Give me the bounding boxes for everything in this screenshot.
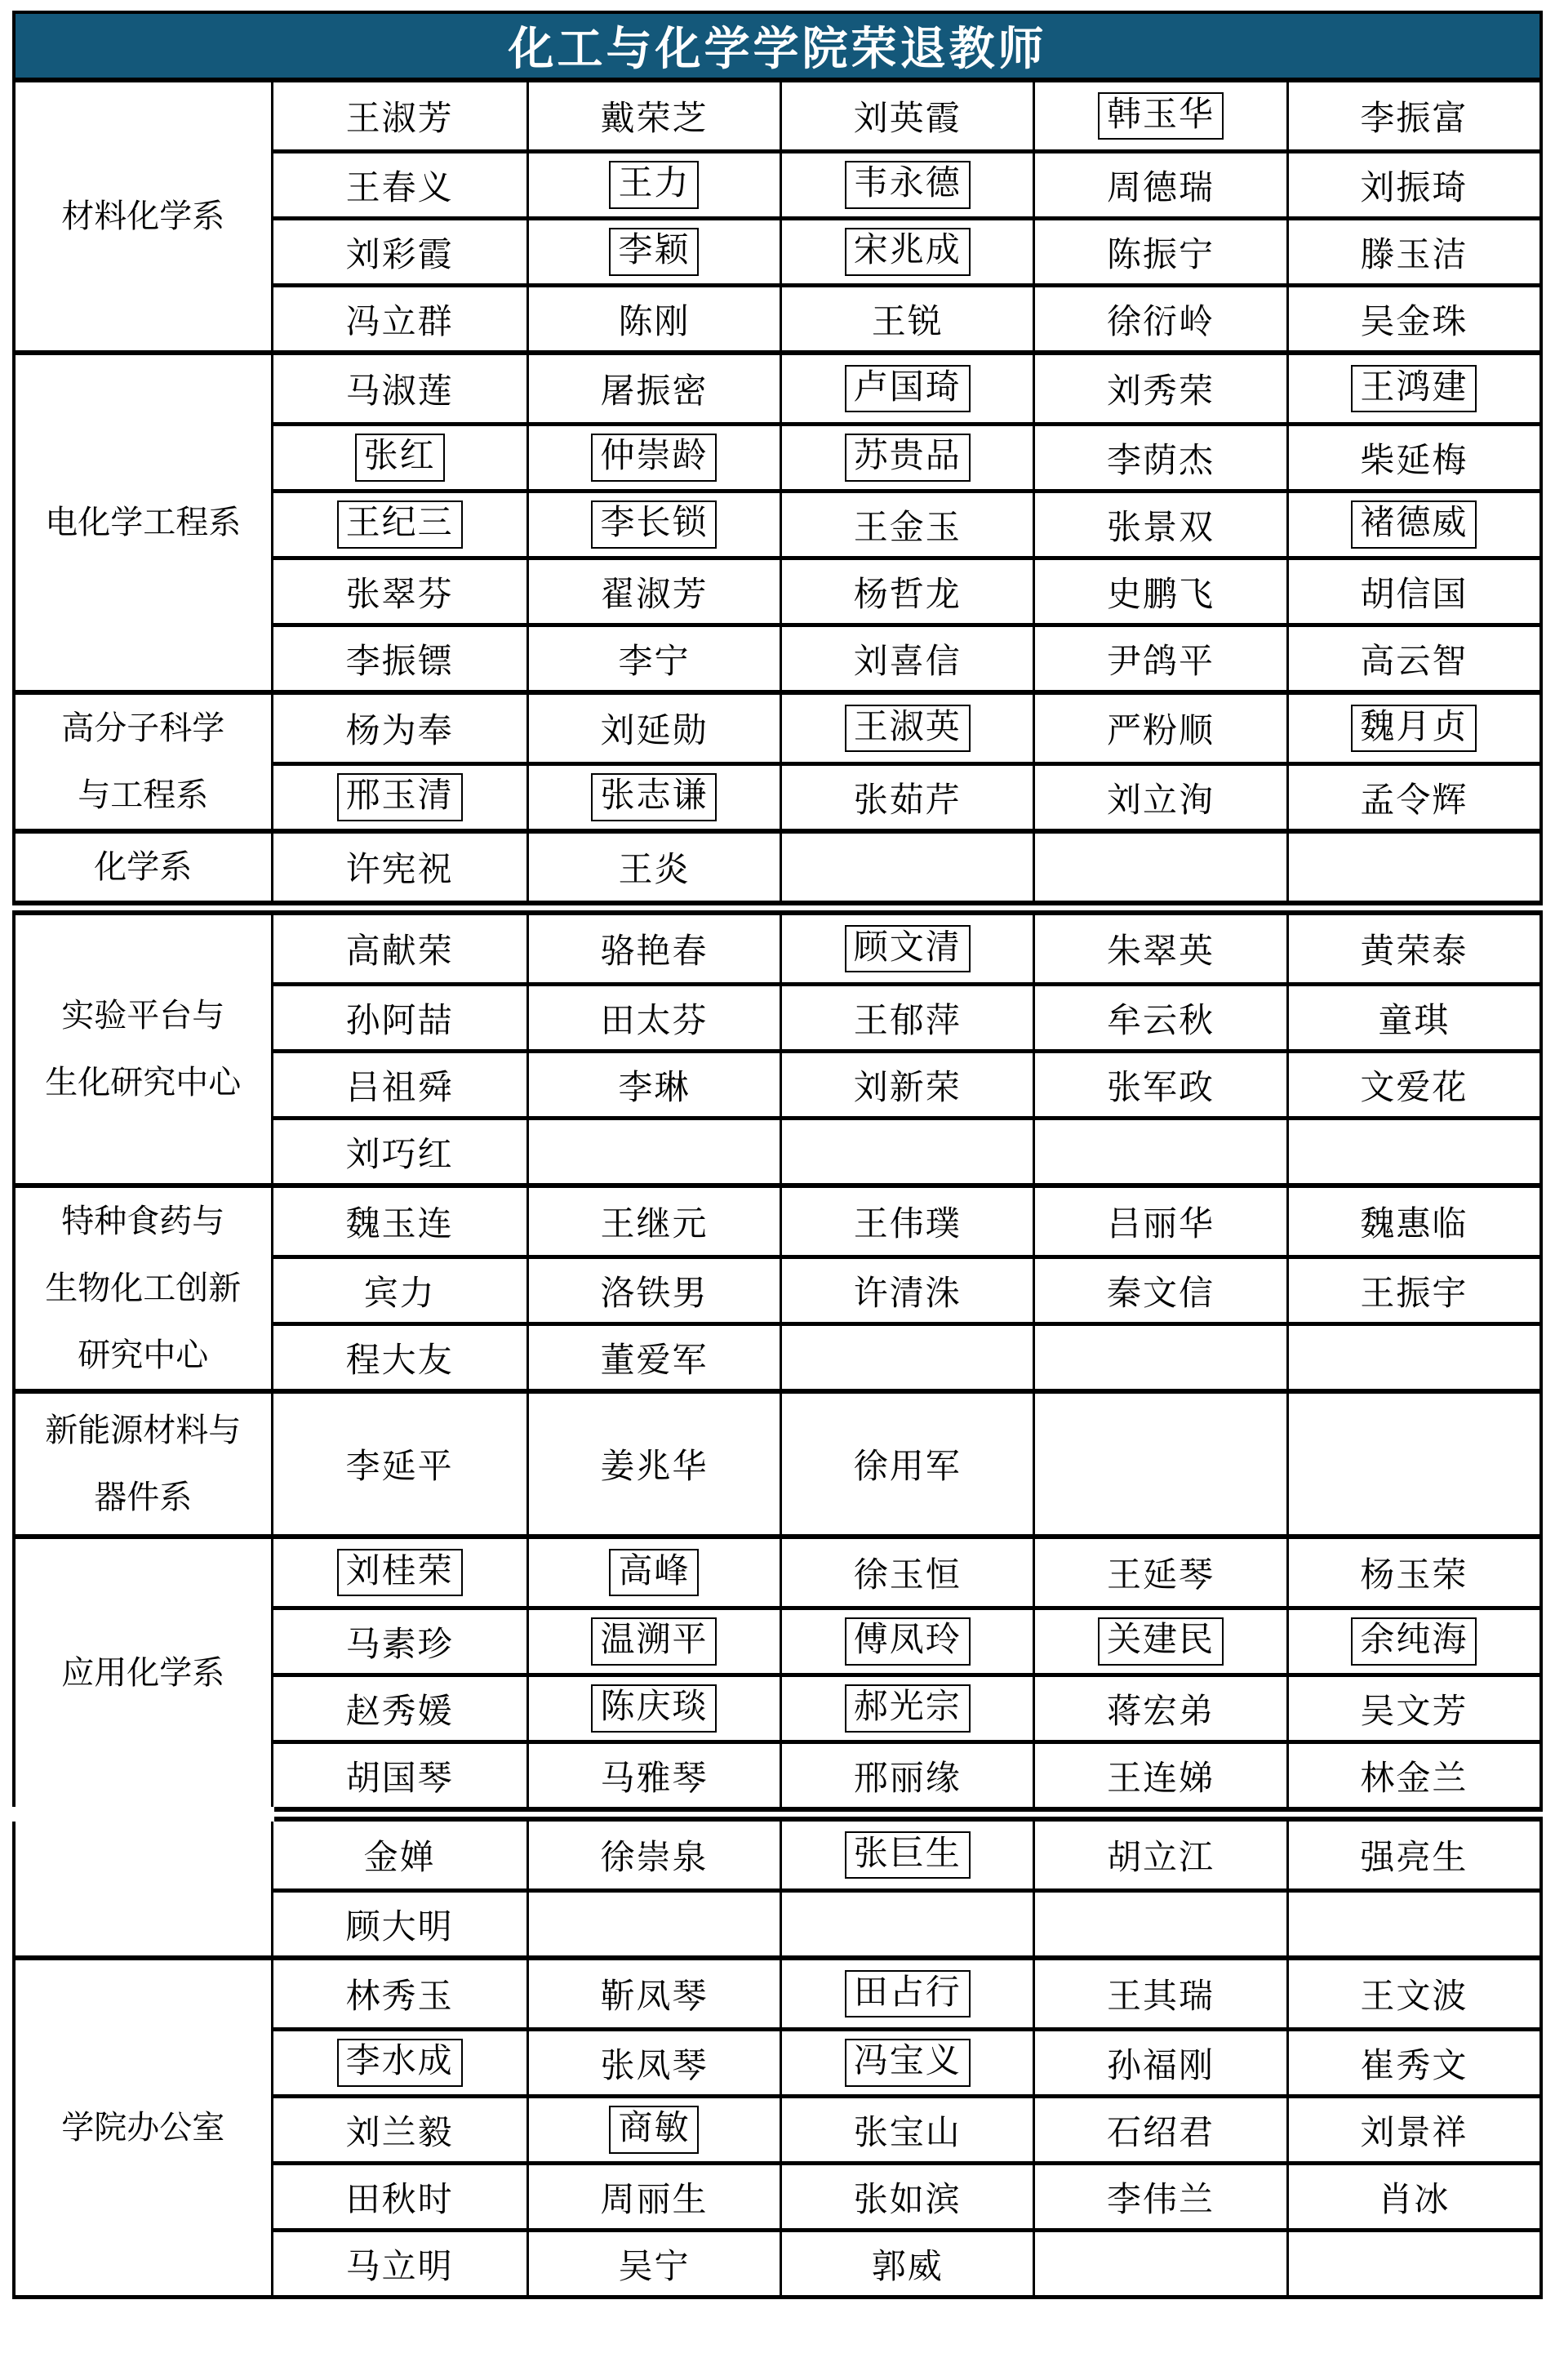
department-label: 高分子科学 与工程系 bbox=[61, 695, 224, 829]
teacher-name: 滕玉洁 bbox=[1360, 228, 1468, 277]
group-divider bbox=[12, 901, 1543, 915]
department-label: 实验平台与 生化研究中心 bbox=[45, 982, 241, 1116]
teacher-cell: 郭威 bbox=[780, 2228, 1033, 2295]
teacher-cell: 马淑莲 bbox=[273, 355, 526, 422]
teacher-name: 孙福刚 bbox=[1107, 2039, 1215, 2088]
teacher-cell: 强亮生 bbox=[1286, 1822, 1539, 1888]
teacher-cell: 杨玉荣 bbox=[1286, 1539, 1539, 1606]
teacher-cell bbox=[1286, 1116, 1539, 1183]
teacher-name: 杨为奉 bbox=[346, 704, 454, 753]
teacher-name: 王春义 bbox=[346, 161, 454, 210]
teacher-name: 翟淑芳 bbox=[600, 567, 708, 616]
teacher-name: 王郁萍 bbox=[854, 994, 962, 1043]
teacher-name: 张翠芬 bbox=[346, 567, 454, 616]
teacher-name: 胡立江 bbox=[1107, 1831, 1215, 1880]
teacher-name: 王炎 bbox=[618, 843, 690, 892]
teacher-name: 顾大明 bbox=[346, 1900, 454, 1949]
teacher-name: 刘新荣 bbox=[854, 1061, 962, 1110]
teacher-cell bbox=[780, 1888, 1033, 1955]
department-label-cell bbox=[16, 1822, 273, 1955]
teacher-name: 文爱花 bbox=[1360, 1061, 1468, 1110]
teacher-name: 王延琴 bbox=[1107, 1548, 1215, 1597]
teacher-cell: 孙阿喆 bbox=[273, 982, 526, 1049]
teacher-name: 李振富 bbox=[1360, 91, 1468, 140]
teacher-name: 陈振宁 bbox=[1107, 228, 1215, 277]
teacher-name: 田秋时 bbox=[346, 2173, 454, 2222]
teacher-cell: 李琳 bbox=[526, 1049, 780, 1116]
teacher-cell: 李振镖 bbox=[273, 623, 526, 690]
teacher-cell bbox=[1286, 1888, 1539, 1955]
teacher-name: 马立明 bbox=[346, 2240, 454, 2289]
teacher-cell: 许宪祝 bbox=[273, 834, 526, 901]
teacher-cell: 王郁萍 bbox=[780, 982, 1033, 1049]
divider-spacer bbox=[12, 1807, 274, 1822]
department-section: 应用化学系刘桂荣高峰徐玉恒王延琴杨玉荣马素珍温溯平傅凤玲关建民余纯海赵秀媛陈庆琰… bbox=[16, 1534, 1539, 1807]
teacher-cell: 高云智 bbox=[1286, 623, 1539, 690]
teacher-cell: 胡信国 bbox=[1286, 556, 1539, 623]
teacher-cell: 蒋宏弟 bbox=[1033, 1673, 1286, 1740]
teacher-cell: 李长锁 bbox=[526, 489, 780, 556]
teacher-cell: 杨哲龙 bbox=[780, 556, 1033, 623]
teacher-cell: 屠振密 bbox=[526, 355, 780, 422]
teacher-name: 王振宇 bbox=[1360, 1266, 1468, 1315]
teacher-name-framed: 李水成 bbox=[337, 2039, 463, 2086]
department-label-cell: 特种食药与 生物化工创新 研究中心 bbox=[16, 1188, 273, 1389]
department-label: 应用化学系 bbox=[61, 1639, 224, 1706]
teacher-name: 王伟璞 bbox=[854, 1197, 962, 1246]
teacher-cell: 吴宁 bbox=[526, 2228, 780, 2295]
teacher-name: 徐玉恒 bbox=[854, 1548, 962, 1597]
teacher-cell bbox=[1286, 1394, 1539, 1534]
teacher-name: 黄荣泰 bbox=[1360, 924, 1468, 973]
teacher-cell: 刘秀荣 bbox=[1033, 355, 1286, 422]
teacher-name-framed: 魏月贞 bbox=[1351, 705, 1477, 752]
teacher-name: 刘巧红 bbox=[346, 1128, 454, 1177]
teacher-name: 金婵 bbox=[364, 1831, 436, 1880]
teacher-cell: 许清洙 bbox=[780, 1255, 1033, 1322]
teacher-name-framed: 陈庆琰 bbox=[591, 1684, 717, 1732]
teacher-name: 吕丽华 bbox=[1107, 1197, 1215, 1246]
teacher-name: 刘振琦 bbox=[1360, 161, 1468, 210]
department-label-cell: 应用化学系 bbox=[16, 1539, 273, 1807]
teacher-cell bbox=[526, 1888, 780, 1955]
teacher-cell: 靳凤琴 bbox=[526, 1960, 780, 2027]
teacher-name: 徐用军 bbox=[854, 1439, 962, 1488]
teacher-cell: 宾力 bbox=[273, 1255, 526, 1322]
teacher-cell bbox=[1033, 1116, 1286, 1183]
teacher-name: 童琪 bbox=[1378, 994, 1450, 1043]
teacher-cell: 刘巧红 bbox=[273, 1116, 526, 1183]
teacher-cell: 肖冰 bbox=[1286, 2161, 1539, 2228]
teacher-cell: 严粉顺 bbox=[1033, 695, 1286, 762]
teacher-cell: 董爱军 bbox=[526, 1322, 780, 1389]
teacher-cell: 张景双 bbox=[1033, 489, 1286, 556]
teacher-name: 林秀玉 bbox=[346, 1969, 454, 2018]
teacher-name: 李宁 bbox=[618, 634, 690, 683]
teacher-cell: 王继元 bbox=[526, 1188, 780, 1255]
teacher-name: 马淑莲 bbox=[346, 364, 454, 413]
teacher-name: 张军政 bbox=[1107, 1061, 1215, 1110]
teacher-cell: 张志谦 bbox=[526, 762, 780, 829]
teacher-name: 孙阿喆 bbox=[346, 994, 454, 1043]
teacher-name: 石绍君 bbox=[1107, 2106, 1215, 2155]
teacher-cell: 王伟璞 bbox=[780, 1188, 1033, 1255]
teacher-cell: 田太芬 bbox=[526, 982, 780, 1049]
teacher-cell bbox=[1033, 1888, 1286, 1955]
teacher-cell: 张茹芹 bbox=[780, 762, 1033, 829]
teacher-name: 王淑芳 bbox=[346, 91, 454, 140]
teacher-cell: 王鸿建 bbox=[1286, 355, 1539, 422]
table-group: 材料化学系王淑芳戴荣芝刘英霞韩玉华李振富王春义王力韦永德周德瑞刘振琦刘彩霞李颖宋… bbox=[12, 82, 1543, 901]
teacher-name: 柴延梅 bbox=[1360, 434, 1468, 483]
teacher-name: 吴金珠 bbox=[1360, 295, 1468, 344]
teacher-cell: 王春义 bbox=[273, 149, 526, 216]
teacher-cell: 魏玉连 bbox=[273, 1188, 526, 1255]
teacher-cell: 李水成 bbox=[273, 2027, 526, 2094]
teacher-cell: 王连娣 bbox=[1033, 1740, 1286, 1807]
teacher-name: 徐衍岭 bbox=[1107, 295, 1215, 344]
teacher-cell: 徐崇泉 bbox=[526, 1822, 780, 1888]
teacher-cell: 刘振琦 bbox=[1286, 149, 1539, 216]
teacher-cell: 高献荣 bbox=[273, 915, 526, 982]
teacher-name: 林金兰 bbox=[1360, 1751, 1468, 1800]
teacher-cell: 洛铁男 bbox=[526, 1255, 780, 1322]
teacher-name: 屠振密 bbox=[600, 364, 708, 413]
teacher-cell bbox=[1286, 2228, 1539, 2295]
department-label: 特种食药与 生物化工创新 研究中心 bbox=[45, 1188, 241, 1389]
teacher-cell: 刘英霞 bbox=[780, 82, 1033, 149]
teacher-cell: 王力 bbox=[526, 149, 780, 216]
teacher-cell: 张军政 bbox=[1033, 1049, 1286, 1116]
department-section: 实验平台与 生化研究中心高献荣骆艳春顾文清朱翠英黄荣泰孙阿喆田太芬王郁萍牟云秋童… bbox=[16, 915, 1539, 1183]
teacher-cell bbox=[1033, 1394, 1286, 1534]
department-section: 电化学工程系马淑莲屠振密卢国琦刘秀荣王鸿建张红仲崇龄苏贵品李荫杰柴延梅王纪三李长… bbox=[16, 350, 1539, 690]
department-section: 化学系许宪祝王炎 bbox=[16, 829, 1539, 901]
teacher-name: 马雅琴 bbox=[600, 1751, 708, 1800]
teacher-cell: 吴金珠 bbox=[1286, 283, 1539, 350]
teacher-name: 刘兰毅 bbox=[346, 2106, 454, 2155]
teacher-name: 周丽生 bbox=[600, 2173, 708, 2222]
teacher-cell: 冯立群 bbox=[273, 283, 526, 350]
teacher-cell: 秦文信 bbox=[1033, 1255, 1286, 1322]
teacher-cell: 张翠芬 bbox=[273, 556, 526, 623]
teacher-name: 王锐 bbox=[872, 295, 944, 344]
teacher-cell: 李宁 bbox=[526, 623, 780, 690]
teacher-name-framed: 刘桂荣 bbox=[337, 1549, 463, 1596]
teacher-name-framed: 宋兆成 bbox=[845, 228, 971, 275]
department-label-cell: 材料化学系 bbox=[16, 82, 273, 350]
teacher-cell: 傅凤玲 bbox=[780, 1606, 1033, 1673]
teacher-name: 戴荣芝 bbox=[600, 91, 708, 140]
teacher-cell: 尹鸽平 bbox=[1033, 623, 1286, 690]
teacher-name: 李振镖 bbox=[346, 634, 454, 683]
teacher-name: 蒋宏弟 bbox=[1107, 1684, 1215, 1733]
department-section: 金婵徐崇泉张巨生胡立江强亮生顾大明 bbox=[16, 1822, 1539, 1955]
teacher-cell: 陈庆琰 bbox=[526, 1673, 780, 1740]
teacher-cell: 周丽生 bbox=[526, 2161, 780, 2228]
teacher-name-framed: 王鸿建 bbox=[1351, 365, 1477, 412]
teacher-cell: 金婵 bbox=[273, 1822, 526, 1888]
teacher-cell: 宋兆成 bbox=[780, 216, 1033, 283]
teacher-cell: 徐衍岭 bbox=[1033, 283, 1286, 350]
teacher-cell bbox=[1286, 1322, 1539, 1389]
teacher-name: 王连娣 bbox=[1107, 1751, 1215, 1800]
teacher-cell: 柴延梅 bbox=[1286, 422, 1539, 489]
teacher-name-framed: 张志谦 bbox=[591, 773, 717, 821]
department-label: 化学系 bbox=[94, 834, 192, 901]
teacher-cell bbox=[526, 1116, 780, 1183]
teacher-name-framed: 傅凤玲 bbox=[845, 1617, 971, 1665]
teacher-name: 张凤琴 bbox=[600, 2039, 708, 2088]
teacher-name: 崔秀文 bbox=[1360, 2039, 1468, 2088]
teacher-name-framed: 王纪三 bbox=[337, 500, 463, 548]
teacher-name-framed: 邢玉清 bbox=[337, 773, 463, 821]
teacher-name: 秦文信 bbox=[1107, 1266, 1215, 1315]
teacher-cell: 陈振宁 bbox=[1033, 216, 1286, 283]
teacher-cell: 赵秀媛 bbox=[273, 1673, 526, 1740]
teacher-cell: 石绍君 bbox=[1033, 2094, 1286, 2161]
teacher-name: 史鹏飞 bbox=[1107, 567, 1215, 616]
teacher-cell: 王淑英 bbox=[780, 695, 1033, 762]
teacher-name: 牟云秋 bbox=[1107, 994, 1215, 1043]
teacher-name: 张宝山 bbox=[854, 2106, 962, 2155]
teacher-cell bbox=[1286, 834, 1539, 901]
teacher-name: 胡信国 bbox=[1360, 567, 1468, 616]
teacher-name: 刘喜信 bbox=[854, 634, 962, 683]
teacher-cell: 魏惠临 bbox=[1286, 1188, 1539, 1255]
teacher-cell: 高峰 bbox=[526, 1539, 780, 1606]
teacher-cell bbox=[1033, 834, 1286, 901]
teacher-cell: 孟令辉 bbox=[1286, 762, 1539, 829]
teacher-cell: 王振宇 bbox=[1286, 1255, 1539, 1322]
teacher-cell: 李颖 bbox=[526, 216, 780, 283]
teacher-name: 王文波 bbox=[1360, 1969, 1468, 2018]
teacher-name: 胡国琴 bbox=[346, 1751, 454, 1800]
teacher-name: 靳凤琴 bbox=[600, 1969, 708, 2018]
teacher-name: 王其瑞 bbox=[1107, 1969, 1215, 2018]
teacher-name: 吴宁 bbox=[618, 2240, 690, 2289]
teacher-cell: 邢玉清 bbox=[273, 762, 526, 829]
teacher-name: 董爱军 bbox=[600, 1333, 708, 1382]
teacher-name: 许宪祝 bbox=[346, 843, 454, 892]
teacher-name-framed: 顾文清 bbox=[845, 925, 971, 972]
teacher-cell: 魏月贞 bbox=[1286, 695, 1539, 762]
table-group: 金婵徐崇泉张巨生胡立江强亮生顾大明学院办公室林秀玉靳凤琴田占行王其瑞王文波李水成… bbox=[12, 1822, 1543, 2299]
teacher-cell: 孙福刚 bbox=[1033, 2027, 1286, 2094]
teacher-cell: 仲崇龄 bbox=[526, 422, 780, 489]
teacher-name-framed: 苏贵品 bbox=[845, 434, 971, 481]
teacher-cell: 吴文芳 bbox=[1286, 1673, 1539, 1740]
teacher-name-framed: 高峰 bbox=[609, 1549, 699, 1596]
teacher-cell: 李荫杰 bbox=[1033, 422, 1286, 489]
teacher-cell: 王炎 bbox=[526, 834, 780, 901]
teacher-cell: 商敏 bbox=[526, 2094, 780, 2161]
teacher-name: 高云智 bbox=[1360, 634, 1468, 683]
teacher-cell: 史鹏飞 bbox=[1033, 556, 1286, 623]
teacher-name: 邢丽缘 bbox=[854, 1751, 962, 1800]
teacher-name: 李荫杰 bbox=[1107, 434, 1215, 483]
teacher-cell: 王淑芳 bbox=[273, 82, 526, 149]
teacher-name: 许清洙 bbox=[854, 1266, 962, 1315]
table-group: 实验平台与 生化研究中心高献荣骆艳春顾文清朱翠英黄荣泰孙阿喆田太芬王郁萍牟云秋童… bbox=[12, 915, 1543, 1807]
teacher-cell: 卢国琦 bbox=[780, 355, 1033, 422]
teacher-name-framed: 韩玉华 bbox=[1098, 92, 1224, 140]
teacher-name: 洛铁男 bbox=[600, 1266, 708, 1315]
teacher-name: 张茹芹 bbox=[854, 773, 962, 822]
department-label-cell: 新能源材料与 器件系 bbox=[16, 1394, 273, 1534]
teacher-cell: 程大友 bbox=[273, 1322, 526, 1389]
teacher-cell: 温溯平 bbox=[526, 1606, 780, 1673]
teacher-cell: 王金玉 bbox=[780, 489, 1033, 556]
teacher-cell: 苏贵品 bbox=[780, 422, 1033, 489]
department-label: 学院办公室 bbox=[61, 2094, 224, 2161]
teacher-cell: 翟淑芳 bbox=[526, 556, 780, 623]
teacher-name: 张景双 bbox=[1107, 500, 1215, 549]
teacher-name: 姜兆华 bbox=[600, 1439, 708, 1488]
teacher-cell: 余纯海 bbox=[1286, 1606, 1539, 1673]
teacher-cell: 文爱花 bbox=[1286, 1049, 1539, 1116]
teacher-name: 刘延勋 bbox=[600, 704, 708, 753]
teacher-name: 朱翠英 bbox=[1107, 924, 1215, 973]
teacher-name: 李延平 bbox=[346, 1439, 454, 1488]
teacher-cell: 王延琴 bbox=[1033, 1539, 1286, 1606]
teacher-name: 张如滨 bbox=[854, 2173, 962, 2222]
teacher-name-framed: 余纯海 bbox=[1351, 1617, 1477, 1665]
teacher-cell: 田占行 bbox=[780, 1960, 1033, 2027]
teacher-cell: 胡立江 bbox=[1033, 1822, 1286, 1888]
teacher-cell: 邢丽缘 bbox=[780, 1740, 1033, 1807]
teacher-name: 孟令辉 bbox=[1360, 773, 1468, 822]
teacher-cell bbox=[1033, 2228, 1286, 2295]
teacher-cell: 马立明 bbox=[273, 2228, 526, 2295]
teacher-cell bbox=[780, 1322, 1033, 1389]
teacher-cell: 顾文清 bbox=[780, 915, 1033, 982]
teacher-name: 李伟兰 bbox=[1107, 2173, 1215, 2222]
department-section: 学院办公室林秀玉靳凤琴田占行王其瑞王文波李水成张凤琴冯宝义孙福刚崔秀文刘兰毅商敏… bbox=[16, 1955, 1539, 2295]
department-label-cell: 实验平台与 生化研究中心 bbox=[16, 915, 273, 1183]
teacher-name: 刘英霞 bbox=[854, 91, 962, 140]
teacher-name: 周德瑞 bbox=[1107, 161, 1215, 210]
teacher-cell: 王纪三 bbox=[273, 489, 526, 556]
teacher-name: 杨玉荣 bbox=[1360, 1548, 1468, 1597]
teacher-cell: 刘喜信 bbox=[780, 623, 1033, 690]
teacher-name: 程大友 bbox=[346, 1333, 454, 1382]
teacher-cell: 徐用军 bbox=[780, 1394, 1033, 1534]
teacher-cell: 王文波 bbox=[1286, 1960, 1539, 2027]
teacher-name: 尹鸽平 bbox=[1107, 634, 1215, 683]
teacher-cell: 张凤琴 bbox=[526, 2027, 780, 2094]
teacher-name: 徐崇泉 bbox=[600, 1831, 708, 1880]
teacher-cell: 顾大明 bbox=[273, 1888, 526, 1955]
teacher-cell: 张红 bbox=[273, 422, 526, 489]
teacher-cell: 胡国琴 bbox=[273, 1740, 526, 1807]
teacher-cell: 刘新荣 bbox=[780, 1049, 1033, 1116]
teacher-cell: 滕玉洁 bbox=[1286, 216, 1539, 283]
teacher-cell: 田秋时 bbox=[273, 2161, 526, 2228]
teacher-cell: 刘桂荣 bbox=[273, 1539, 526, 1606]
teacher-name: 强亮生 bbox=[1360, 1831, 1468, 1880]
teacher-cell: 吕丽华 bbox=[1033, 1188, 1286, 1255]
teacher-cell: 李延平 bbox=[273, 1394, 526, 1534]
teacher-name: 王继元 bbox=[600, 1197, 708, 1246]
teacher-cell: 崔秀文 bbox=[1286, 2027, 1539, 2094]
teacher-name: 骆艳春 bbox=[600, 924, 708, 973]
teacher-cell: 刘立洵 bbox=[1033, 762, 1286, 829]
teacher-cell: 关建民 bbox=[1033, 1606, 1286, 1673]
teacher-cell: 郝光宗 bbox=[780, 1673, 1033, 1740]
department-label: 电化学工程系 bbox=[45, 489, 241, 556]
department-label-cell: 学院办公室 bbox=[16, 1960, 273, 2295]
teacher-cell: 韩玉华 bbox=[1033, 82, 1286, 149]
teacher-cell: 王其瑞 bbox=[1033, 1960, 1286, 2027]
teacher-cell: 牟云秋 bbox=[1033, 982, 1286, 1049]
teacher-cell: 张宝山 bbox=[780, 2094, 1033, 2161]
table-title-bar: 化工与化学学院荣退教师 bbox=[12, 11, 1543, 82]
teacher-name: 魏惠临 bbox=[1360, 1197, 1468, 1246]
teacher-cell: 王锐 bbox=[780, 283, 1033, 350]
teacher-cell: 刘兰毅 bbox=[273, 2094, 526, 2161]
teacher-name-framed: 李颖 bbox=[609, 228, 699, 275]
teacher-cell: 刘彩霞 bbox=[273, 216, 526, 283]
teacher-cell: 马素珍 bbox=[273, 1606, 526, 1673]
teacher-name: 宾力 bbox=[364, 1266, 436, 1315]
department-label: 新能源材料与 器件系 bbox=[45, 1397, 241, 1531]
teacher-name-framed: 仲崇龄 bbox=[591, 434, 717, 481]
teacher-name: 刘彩霞 bbox=[346, 228, 454, 277]
group-divider bbox=[12, 1807, 1543, 1822]
teacher-name-framed: 王淑英 bbox=[845, 705, 971, 752]
teacher-cell: 戴荣芝 bbox=[526, 82, 780, 149]
teacher-name: 魏玉连 bbox=[346, 1197, 454, 1246]
teacher-name-framed: 冯宝义 bbox=[845, 2039, 971, 2086]
department-section: 高分子科学 与工程系杨为奉刘延勋王淑英严粉顺魏月贞邢玉清张志谦张茹芹刘立洵孟令辉 bbox=[16, 690, 1539, 829]
teacher-name-framed: 褚德威 bbox=[1351, 500, 1477, 548]
department-label-cell: 电化学工程系 bbox=[16, 355, 273, 690]
teacher-name-framed: 关建民 bbox=[1098, 1617, 1224, 1665]
teacher-name: 吴文芳 bbox=[1360, 1684, 1468, 1733]
teacher-cell: 徐玉恒 bbox=[780, 1539, 1033, 1606]
teacher-name: 刘秀荣 bbox=[1107, 364, 1215, 413]
teacher-cell: 李伟兰 bbox=[1033, 2161, 1286, 2228]
teacher-cell: 褚德威 bbox=[1286, 489, 1539, 556]
teacher-cell: 童琪 bbox=[1286, 982, 1539, 1049]
teacher-cell: 刘延勋 bbox=[526, 695, 780, 762]
divider-lines bbox=[274, 1807, 1543, 1822]
teacher-cell bbox=[780, 1116, 1033, 1183]
teacher-cell: 陈刚 bbox=[526, 283, 780, 350]
teacher-name-framed: 张巨生 bbox=[845, 1831, 971, 1879]
teacher-cell: 骆艳春 bbox=[526, 915, 780, 982]
teacher-name: 刘立洵 bbox=[1107, 773, 1215, 822]
teacher-name-framed: 田占行 bbox=[845, 1970, 971, 2017]
teacher-name-framed: 郝光宗 bbox=[845, 1684, 971, 1732]
department-label-cell: 高分子科学 与工程系 bbox=[16, 695, 273, 829]
teacher-cell: 姜兆华 bbox=[526, 1394, 780, 1534]
teacher-cell: 周德瑞 bbox=[1033, 149, 1286, 216]
teacher-cell: 黄荣泰 bbox=[1286, 915, 1539, 982]
teacher-name: 肖冰 bbox=[1378, 2173, 1450, 2222]
teacher-cell: 张巨生 bbox=[780, 1822, 1033, 1888]
teacher-name-framed: 温溯平 bbox=[591, 1617, 717, 1665]
teacher-name-framed: 张红 bbox=[355, 434, 445, 481]
teacher-cell: 吕祖舜 bbox=[273, 1049, 526, 1116]
teacher-cell: 朱翠英 bbox=[1033, 915, 1286, 982]
teacher-cell: 韦永德 bbox=[780, 149, 1033, 216]
teacher-cell: 杨为奉 bbox=[273, 695, 526, 762]
teacher-name: 严粉顺 bbox=[1107, 704, 1215, 753]
department-label-cell: 化学系 bbox=[16, 834, 273, 901]
teacher-name-framed: 李长锁 bbox=[591, 500, 717, 548]
